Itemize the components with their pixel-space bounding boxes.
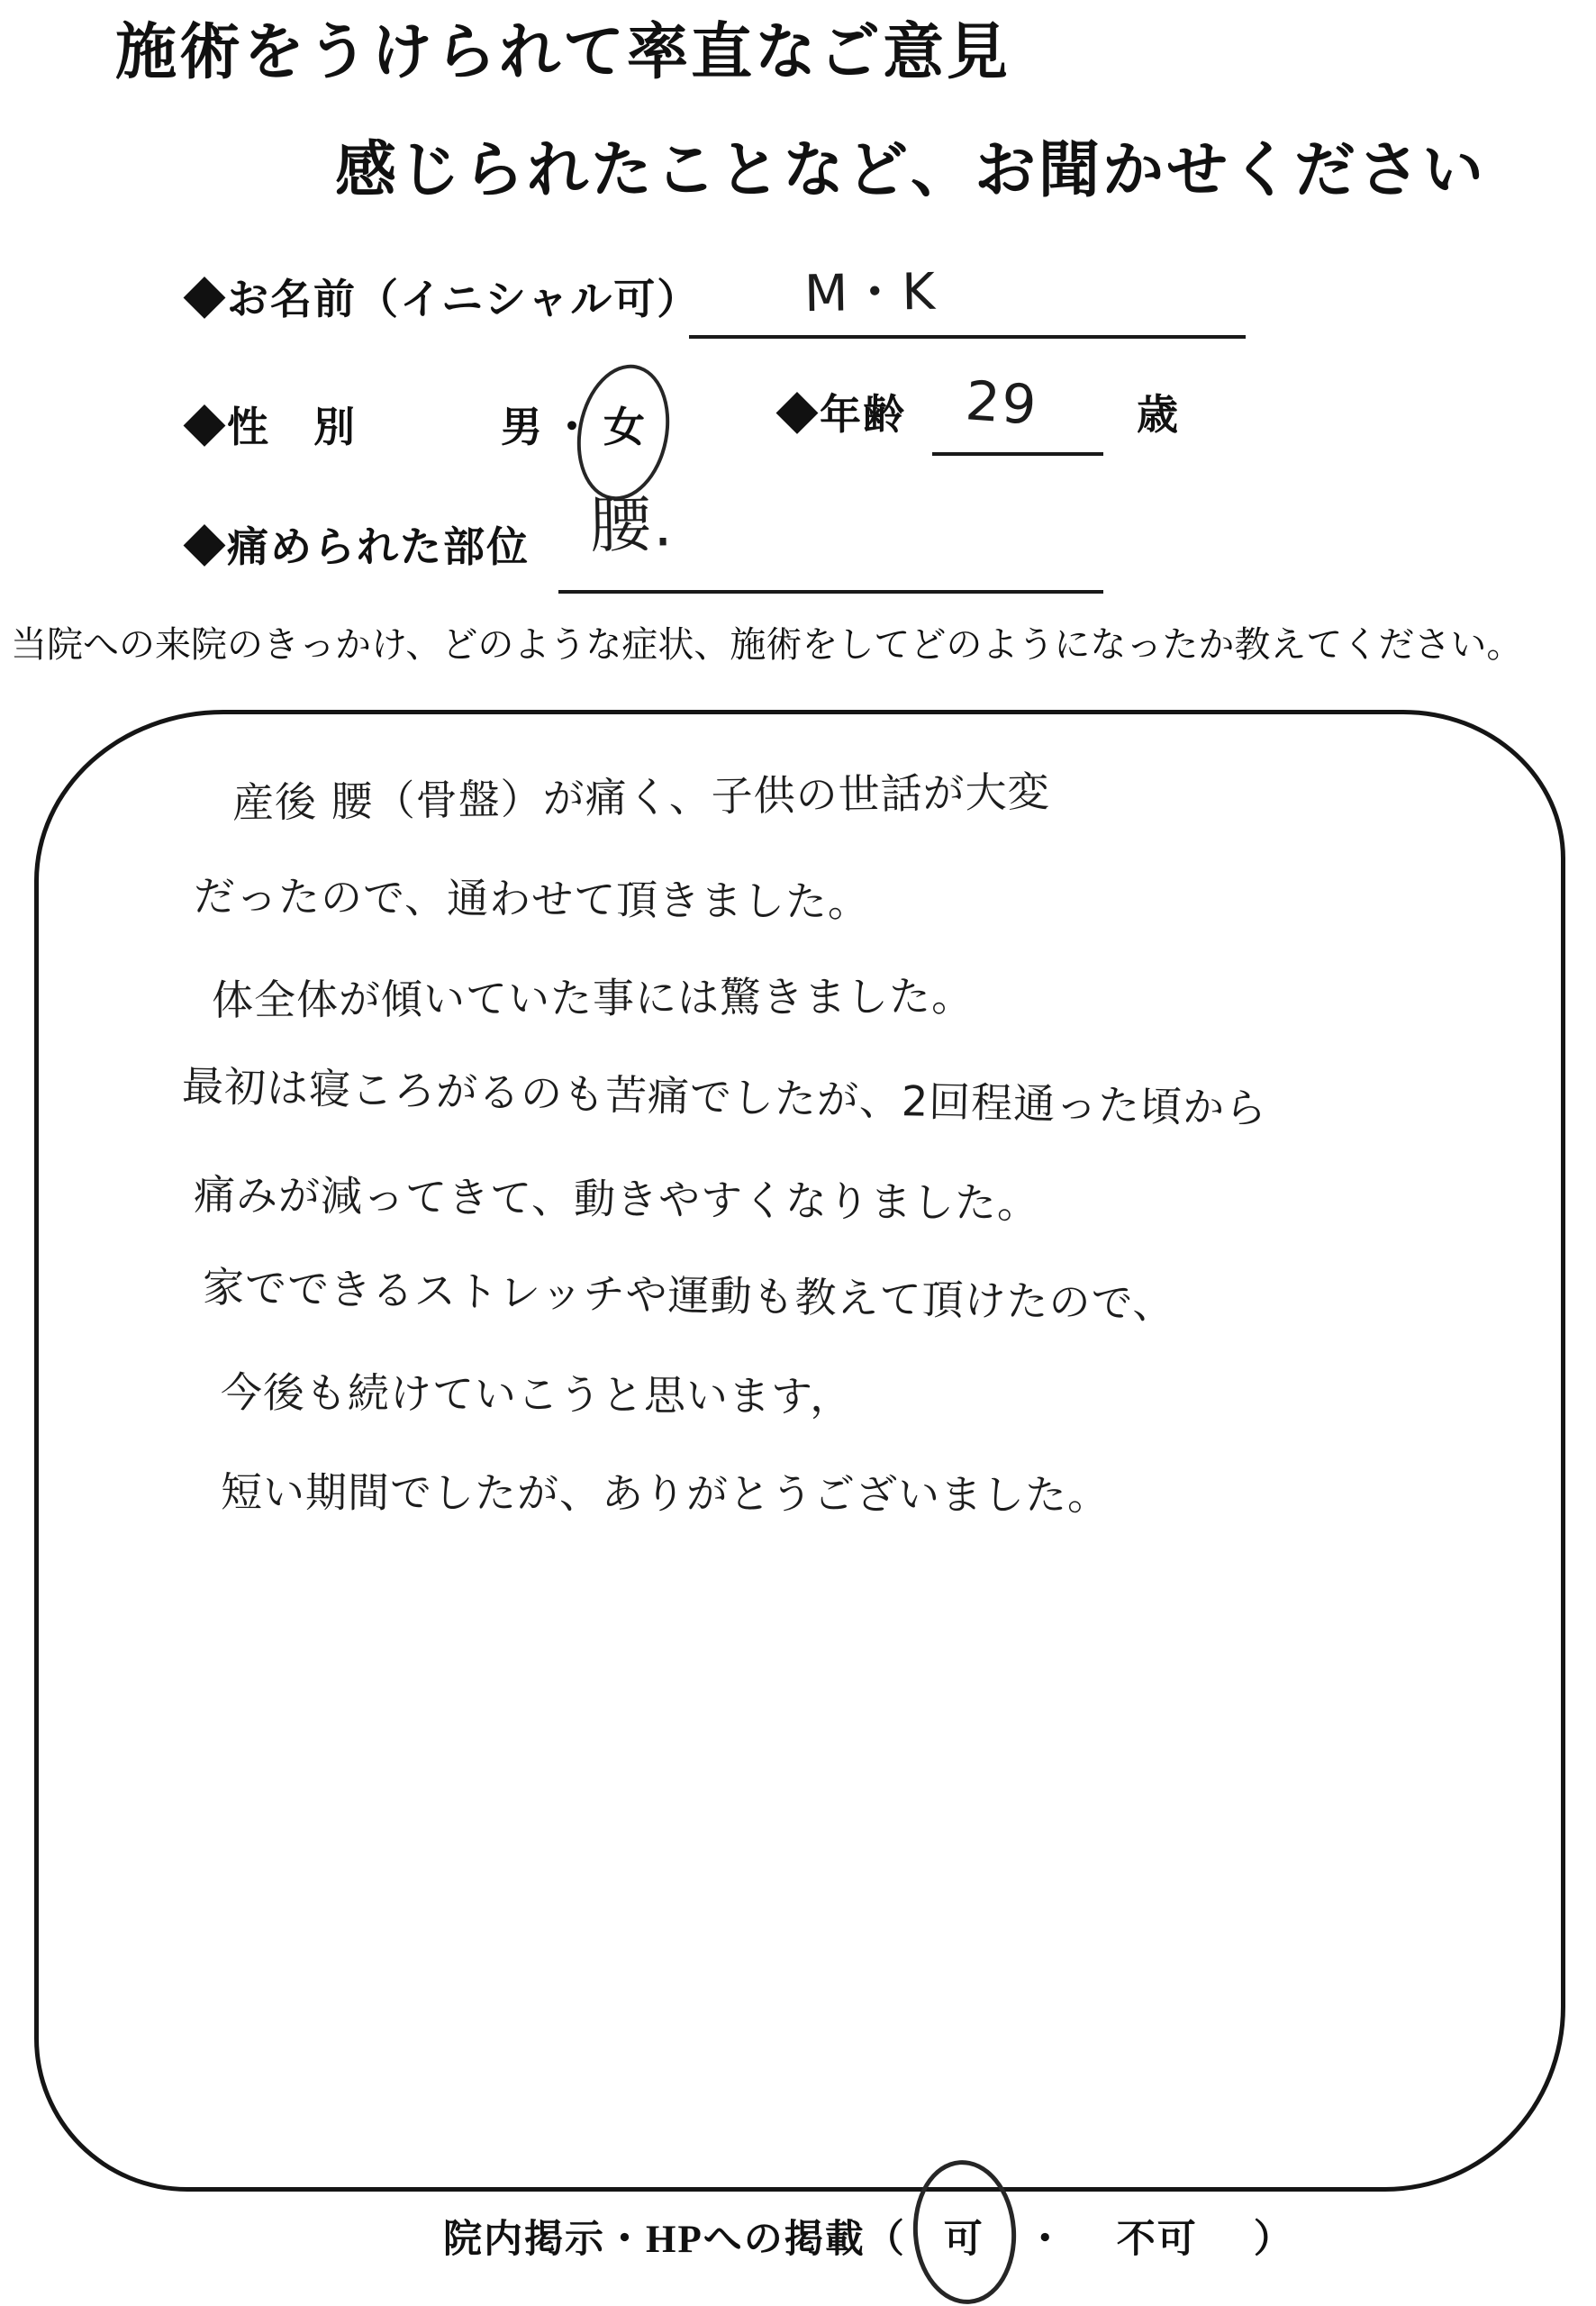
part-label: ◆痛められた部位 — [184, 527, 530, 568]
feedback-line: 産後 腰（骨盤）が痛く、子供の世話が大変 — [232, 771, 1050, 824]
publish-consent-row: 院内掲示・HPへの掲載（ 可 ・ 不可 ） — [443, 2209, 1294, 2264]
publish-separator-dot: ・ — [1026, 2209, 1066, 2264]
part-underline — [558, 590, 1103, 594]
age-underline — [932, 452, 1103, 456]
name-value: M・K — [804, 268, 938, 321]
gender-label: ◆性 別 — [184, 395, 357, 454]
gender-row: ◆性 別 男 ・ 女 — [184, 395, 647, 454]
feedback-line: だったので、通わせて頂きました。 — [194, 876, 870, 923]
feedback-line: 短い期間でしたが、ありがとうございました。 — [221, 1471, 1110, 1515]
gender-option-male: 男 — [501, 395, 544, 454]
gender-option-female: 女 — [603, 395, 647, 454]
gender-selected-circle — [566, 357, 680, 508]
publish-close-paren: ） — [1254, 2209, 1294, 2264]
feedback-line: 今後も続けていこうと思います， — [221, 1372, 853, 1418]
age-value: 29 — [964, 374, 1039, 432]
feedback-line: 体全体が傾いていた事には驚きました。 — [212, 976, 974, 1021]
feedback-line: 痛みが減ってきて、動きやすくなりました。 — [194, 1174, 1040, 1224]
age-suffix: 歳 — [1137, 395, 1180, 436]
page-title-line2: 感じられたことなど、お聞かせください — [335, 140, 1486, 201]
page-title-line1: 施術をうけられて率直なご意見 — [115, 22, 1011, 83]
name-underline — [689, 335, 1246, 339]
name-label: ◆お名前（イニシャル可） — [184, 279, 700, 321]
age-label: ◆年齢 — [776, 395, 906, 436]
scanned-questionnaire-page: 施術をうけられて率直なご意見 感じられたことなど、お聞かせください ◆お名前（イ… — [0, 0, 1596, 2306]
publish-option-deny: 不可 — [1117, 2209, 1198, 2264]
publish-label: 院内掲示・HPへの掲載（ — [443, 2209, 906, 2264]
instruction-text: 当院への来院のきっかけ、どのような症状、施術をしてどのようになったか教えてくださ… — [11, 627, 1522, 663]
publish-option-allow: 可 — [944, 2209, 984, 2264]
part-value: 腰. — [589, 495, 675, 558]
feedback-box — [34, 710, 1565, 2192]
